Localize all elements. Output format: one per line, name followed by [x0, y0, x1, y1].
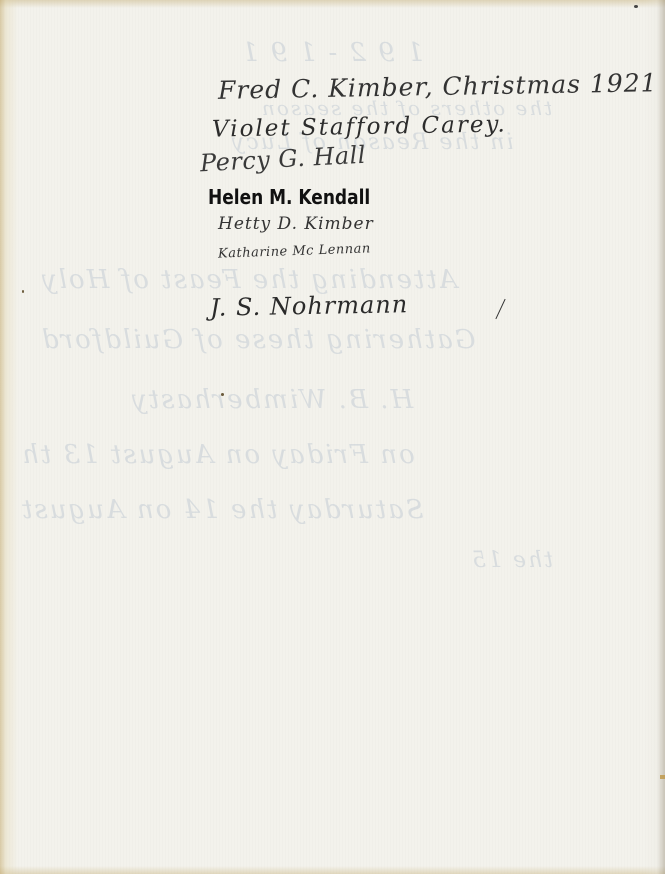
bleed-through-line: 1 9 2 - 1 9 1 [240, 38, 424, 68]
signature-hetty-kimber: Hetty D. Kimber [218, 214, 374, 234]
bleed-through-line: the 15 [470, 548, 553, 573]
signature-violet-stafford-carey: Violet Stafford Carey. [212, 111, 507, 142]
bleed-through-line: H. B. Wimberhasty [130, 385, 413, 415]
paper-speck [22, 290, 24, 293]
binding-tape-mark [660, 775, 665, 779]
signature-percy-hall: Percy G. Hall [199, 141, 366, 178]
paper-speck [221, 393, 224, 396]
bleed-through-line: Saturday the 14 on August [20, 495, 424, 525]
bleed-through-line: on Friday on August 13 th [20, 440, 415, 470]
signature-fred-kimber: Fred C. Kimber, Christmas 1921 [218, 68, 658, 105]
paper-speck [634, 5, 638, 8]
signature-helen-kendall: Helen M. Kendall [208, 185, 370, 209]
signature-js-nohrmann: J. S. Nohrmann [210, 290, 409, 321]
bleed-through-line: Gathering these of Guildford [40, 325, 476, 355]
signature-flourish [495, 299, 505, 319]
signature-katharine-mclennan: Katharine Mc Lennan [218, 241, 371, 261]
guest-book-page: 1 9 2 - 1 9 1 the others of the season i… [0, 0, 665, 874]
